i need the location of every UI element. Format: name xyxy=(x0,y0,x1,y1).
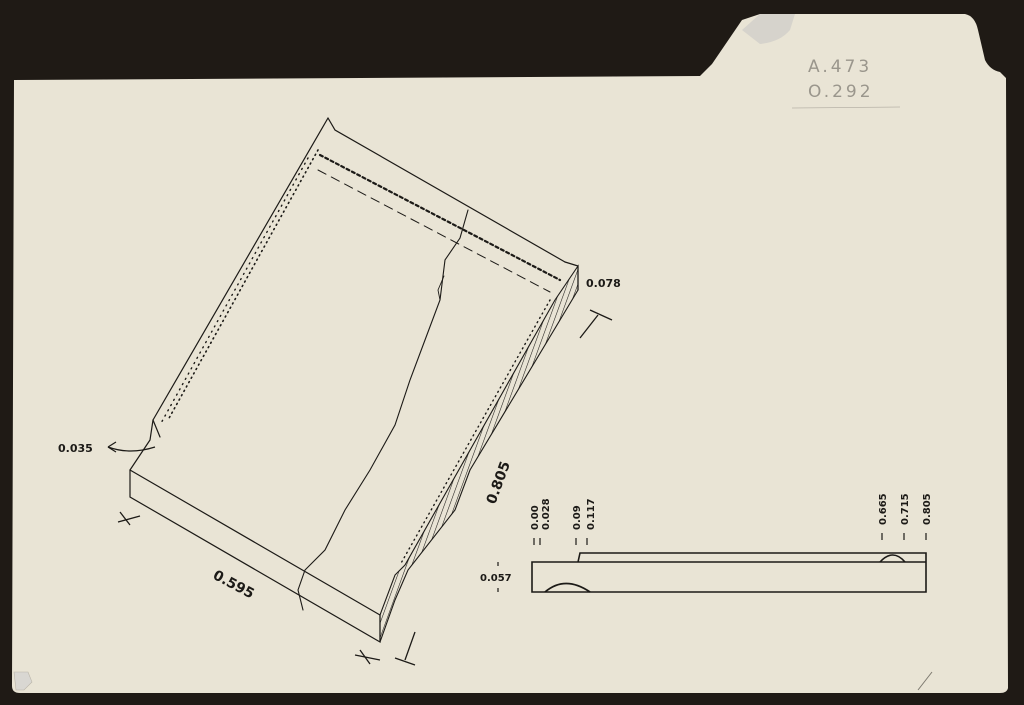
dimension-lip-depth: 0.035 xyxy=(58,442,93,455)
dimension-thickness-top: 0.078 xyxy=(586,277,621,290)
catalog-card: A.473 O.292 xyxy=(0,0,1024,705)
station-label: 0.805 xyxy=(922,493,933,525)
paper-card xyxy=(12,14,1008,693)
profile-height-label: 0.057 xyxy=(480,573,512,584)
catalog-number: A.473 xyxy=(808,57,872,77)
catalog-sub-number: O.292 xyxy=(808,82,874,102)
station-label: 0.028 xyxy=(541,498,552,530)
catalog-card-stage: A.473 O.292 xyxy=(0,0,1024,705)
station-label: 0.00 xyxy=(530,505,541,530)
station-label: 0.09 xyxy=(572,505,583,530)
station-label: 0.715 xyxy=(900,493,911,525)
station-label: 0.665 xyxy=(878,493,889,525)
station-label: 0.117 xyxy=(586,498,597,530)
